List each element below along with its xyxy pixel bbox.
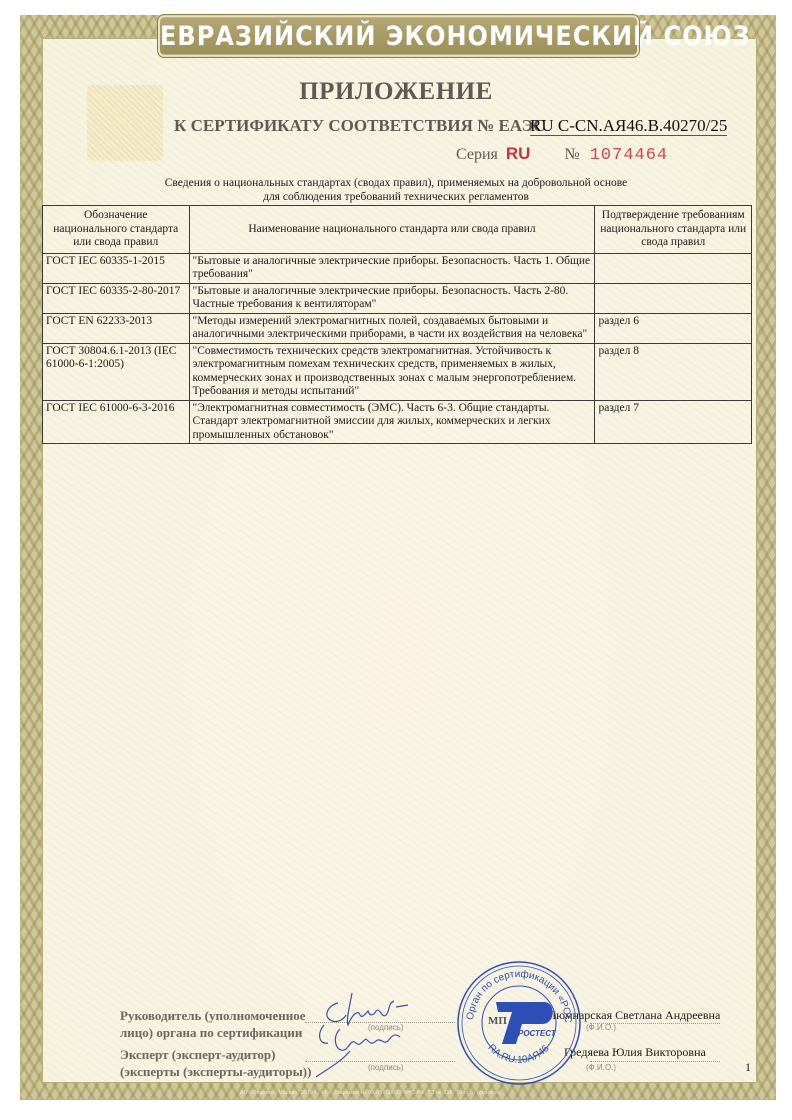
table-row: ГОСТ IEC 60335-1-2015"Бытовые и аналогич… bbox=[43, 253, 752, 283]
standard-name-cell: "Бытовые и аналогичные электрические при… bbox=[189, 283, 595, 313]
head-name-caption: (Ф.И.О.) bbox=[586, 1023, 616, 1032]
standard-code-cell: ГОСТ IEC 60335-1-2015 bbox=[43, 253, 190, 283]
standard-code-cell: ГОСТ EN 62233-2013 bbox=[43, 313, 190, 343]
series-label: Серия bbox=[456, 146, 498, 163]
printer-imprint: АО «Опцион», Москва, 2019 г., «Б». Лицен… bbox=[240, 1090, 500, 1096]
column-header-name: Наименование национального стандарта или… bbox=[189, 206, 595, 254]
intro-line-1: Сведения о национальных стандартах (свод… bbox=[0, 176, 792, 190]
standard-code-cell: ГОСТ IEC 60335-2-80-2017 bbox=[43, 283, 190, 313]
standard-name-cell: "Бытовые и аналогичные электрические при… bbox=[189, 253, 595, 283]
standard-name-cell: "Методы измерений электромагнитных полей… bbox=[189, 313, 595, 343]
blank-number: 1074464 bbox=[590, 146, 668, 165]
svg-text:МП: МП bbox=[488, 1015, 507, 1027]
head-label-line-1: Руководитель (уполномоченное bbox=[120, 1007, 306, 1024]
standard-name-cell: "Электромагнитная совместимость (ЭМС). Ч… bbox=[189, 400, 595, 444]
confirmation-cell bbox=[595, 253, 752, 283]
expert-name: Гредяева Юлия Викторовна bbox=[564, 1045, 706, 1060]
confirmation-cell: раздел 7 bbox=[595, 400, 752, 444]
svg-text:RA.RU.10АЯ46: RA.RU.10АЯ46 bbox=[485, 1042, 551, 1066]
table-row: ГОСТ EN 62233-2013"Методы измерений элек… bbox=[43, 313, 752, 343]
table-row: ГОСТ 30804.6.1-2013 (IEC 61000-6-1:2005)… bbox=[43, 343, 752, 400]
svg-text:РОСТЕСТ: РОСТЕСТ bbox=[518, 1029, 557, 1038]
table-row: ГОСТ IEC 61000-6-3-2016"Электромагнитная… bbox=[43, 400, 752, 444]
intro-text: Сведения о национальных стандартах (свод… bbox=[0, 176, 792, 204]
handwritten-signature-icon bbox=[310, 985, 420, 1080]
page-title: ПРИЛОЖЕНИЕ bbox=[0, 78, 792, 106]
page-number: 1 bbox=[745, 1060, 751, 1075]
series-line: Серия RU № 1074464 bbox=[456, 144, 668, 165]
expert-label-line-1: Эксперт (эксперт-аудитор) bbox=[120, 1046, 311, 1063]
expert-label: Эксперт (эксперт-аудитор) (эксперты (экс… bbox=[120, 1046, 311, 1080]
eaeu-banner: ЕВРАЗИЙСКИЙ ЭКОНОМИЧЕСКИЙ СОЮЗ bbox=[158, 15, 639, 57]
standards-table: Обозначение национального стандарта или … bbox=[42, 205, 752, 444]
standard-code-cell: ГОСТ IEC 61000-6-3-2016 bbox=[43, 400, 190, 444]
column-header-code: Обозначение национального стандарта или … bbox=[43, 206, 190, 254]
number-label: № bbox=[564, 146, 579, 163]
head-label-line-2: лицо) органа по сертификации bbox=[120, 1024, 306, 1041]
confirmation-cell: раздел 6 bbox=[595, 313, 752, 343]
table-header-row: Обозначение национального стандарта или … bbox=[43, 206, 752, 254]
confirmation-cell bbox=[595, 283, 752, 313]
column-header-confirmation: Подтверждение требованиям национального … bbox=[595, 206, 752, 254]
certificate-subtitle: К СЕРТИФИКАТУ СООТВЕТСТВИЯ № ЕАЭС bbox=[174, 116, 545, 136]
certificate-number: RU C-CN.АЯ46.В.40270/25 bbox=[530, 116, 727, 136]
confirmation-cell: раздел 8 bbox=[595, 343, 752, 400]
rostest-stamp-icon: Орган по сертификации «РОСТЕСТ-Москва» R… bbox=[456, 960, 582, 1086]
expert-name-line bbox=[590, 1061, 720, 1062]
standard-code-cell: ГОСТ 30804.6.1-2013 (IEC 61000-6-1:2005) bbox=[43, 343, 190, 400]
table-row: ГОСТ IEC 60335-2-80-2017"Бытовые и анало… bbox=[43, 283, 752, 313]
head-of-body-label: Руководитель (уполномоченное лицо) орган… bbox=[120, 1007, 306, 1041]
expert-name-caption: (Ф.И.О.) bbox=[586, 1063, 616, 1072]
intro-line-2: для соблюдения требований технических ре… bbox=[0, 190, 792, 204]
standard-name-cell: "Совместимость технических средств элект… bbox=[189, 343, 595, 400]
expert-label-line-2: (эксперты (эксперты-аудиторы)) bbox=[120, 1063, 311, 1080]
series-value: RU bbox=[506, 144, 531, 163]
